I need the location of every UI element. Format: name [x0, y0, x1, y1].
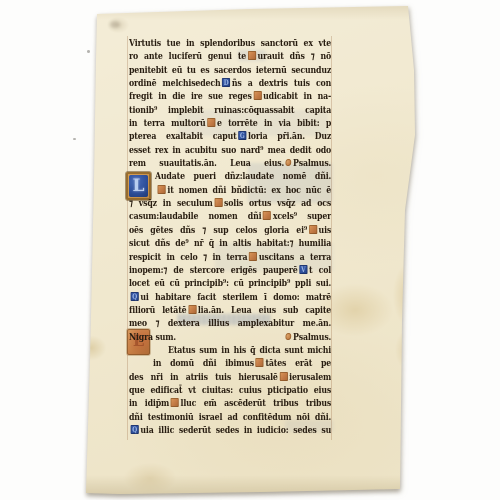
line-text: e torrēte in via bibit: p [217, 118, 331, 129]
line-text: meo ⁊ dextera illius amplexabitur me.ān. [129, 318, 331, 329]
manuscript-line: fregit in die ire sue regesudicabit in n… [129, 90, 331, 103]
versal-initial-blue: Q [131, 292, 139, 301]
corner-smudge [110, 21, 120, 28]
line-text: in terra multorū [129, 118, 206, 129]
line-text: inopem:⁊ de stercore erigēs pauperē [129, 265, 298, 276]
versal-initial-gold [263, 211, 271, 220]
manuscript-line: ⁊ vsq̄z in seculumsolis ortus vsq̄z ad o… [129, 197, 331, 210]
line-text: rem suauitatis.ān. Leua eius. [129, 158, 284, 169]
line-text: penitebit eū tu es sacerdos ieternū secu… [129, 65, 331, 76]
manuscript-text-block: Virtutis tue in splendoribus sanctorū ex… [129, 37, 331, 437]
line-text: t col [309, 265, 331, 276]
versal-initial-gold [249, 252, 257, 261]
line-text: fregit in die ire sue reges [129, 91, 252, 102]
versal-initial-gold [256, 358, 264, 367]
line-text: uscitans a terra [259, 252, 331, 263]
line-text: udicabit in na- [263, 91, 331, 102]
versal-initial-gold [309, 225, 317, 234]
manuscript-line: des nr̄i in atriis tuis hierusalēierusal… [129, 371, 331, 384]
line-text: solis ortus vsq̄z ad ocs [224, 198, 331, 209]
versal-initial-gold [171, 398, 179, 407]
line-text: pterea exaltabit caput [129, 131, 237, 142]
versal-initial-gold [158, 185, 166, 194]
line-text: ui habitare facit sterilem ī domo: matrē [140, 292, 331, 303]
line-text: casum:laudabile nomen dñi [129, 211, 261, 222]
manuscript-line: respicit in celo ⁊ in terrauscitans a te… [129, 251, 331, 264]
manuscript-line: pterea exaltabit caputGloria pr̄i.ān. Du… [129, 130, 331, 143]
line-text: Virtutis tue in splendoribus sanctorū ex… [129, 38, 331, 49]
manuscript-line: dñi testimoniū israel ad confitēdum nōi … [129, 411, 331, 424]
versal-initial-blue: V [299, 265, 307, 274]
line-text: lluc em̄ ascēderūt tribus tribus [181, 398, 332, 409]
line-text: sicut dñs de⁹ nr̄ q̄ in altis habitat:⁊ … [129, 238, 331, 249]
line-text: in domū dñi ibimus [153, 358, 254, 369]
line-text: des nr̄i in atriis tuis hierusalē [129, 372, 278, 383]
versal-initial-blue: G [238, 131, 246, 140]
line-text: uia illic sederūt sedes in iudicio: sede… [140, 425, 331, 436]
versal-initial-gold [253, 91, 261, 100]
manuscript-line: locet eū cū principib⁹: cū principib⁹ pp… [129, 277, 331, 290]
manuscript-line: casum:laudabile nomen dñixcels⁹ super [129, 210, 331, 223]
manuscript-line: meo ⁊ dextera illius amplexabitur me.ān. [129, 317, 331, 330]
manuscript-line: Audate pueri dñz:laudate nomē dñi. [129, 170, 331, 183]
manuscript-line: inopem:⁊ de stercore erigēs pauperēVt co… [129, 264, 331, 277]
line-text: Nigra sum. [129, 332, 176, 343]
line-text: Psalmus. [293, 158, 331, 169]
manuscript-line: tionib⁹ implebit ruinas:cōquassabit capi… [129, 104, 331, 117]
versal-initial-gold [188, 305, 196, 314]
line-text: it nomen dñi bñdictū: ex hoc nūc ē [167, 185, 331, 196]
manuscript-line: esset rex in acubitu suo nard⁹ mea dedit… [129, 144, 331, 157]
line-text: locet eū cū principib⁹: cū principib⁹ pp… [129, 278, 331, 289]
line-text: oēs gētes dñs ⁊ sup celos gloria ei⁹ [129, 225, 307, 236]
line-text: ⁊ vsq̄z in seculum [129, 198, 213, 209]
manuscript-leaf: L L Virtutis tue in splendoribus sanctor… [0, 0, 500, 500]
line-text: tātes erāt pe [265, 358, 331, 369]
ruling-line-right [331, 36, 332, 440]
line-text: ro ante luciferū genui te [129, 51, 246, 62]
manuscript-line: ro ante luciferū genui teurauit dñs ⁊ nō [129, 50, 331, 63]
manuscript-line: penitebit eū tu es sacerdos ieternū secu… [129, 64, 331, 77]
line-text: Audate pueri dñz:laudate nomē dñi. [155, 171, 331, 182]
line-text: Etatus sum in his q̄ dicta sunt michi [168, 345, 331, 356]
line-text: in idip̄m [129, 398, 169, 409]
manuscript-line: in domū dñi ibimustātes erāt pe [129, 357, 331, 370]
line-text: lia.ān. Leua eius sub capite [198, 305, 331, 316]
paraph-mark [286, 333, 292, 340]
line-text: ordinē melchisedech [129, 78, 220, 89]
line-text: xcels⁹ super [273, 211, 331, 222]
versal-initial-gold [279, 372, 287, 381]
manuscript-line: sicut dñs de⁹ nr̄ q̄ in altis habitat:⁊ … [129, 237, 331, 250]
line-text: ierusalem [289, 372, 331, 383]
line-text: ñs a dextris tuis con [232, 78, 331, 89]
line-text: que edificat̄ vt ciuitas: cuius pticipat… [129, 385, 331, 396]
leaf-shadow: L L Virtutis tue in splendoribus sanctor… [0, 0, 500, 500]
photo-background: L L Virtutis tue in splendoribus sanctor… [0, 0, 500, 500]
line-text: tionib⁹ implebit ruinas:cōquassabit capi… [129, 105, 331, 116]
ruling-line-left [127, 36, 128, 440]
line-text: loria pr̄i.ān. Duz [248, 131, 331, 142]
manuscript-line: Quia illic sederūt sedes in iudicio: sed… [129, 424, 331, 437]
versal-initial-gold [214, 198, 222, 207]
manuscript-line: oēs gētes dñs ⁊ sup celos gloria ei⁹uis [129, 224, 331, 237]
manuscript-line: Qui habitare facit sterilem ī domo: matr… [129, 291, 331, 304]
line-text: uis [319, 225, 332, 236]
manuscript-line: filiorū letātēlia.ān. Leua eius sub capi… [129, 304, 331, 317]
versal-initial-gold [207, 118, 215, 127]
manuscript-line: que edificat̄ vt ciuitas: cuius pticipat… [129, 384, 331, 397]
manuscript-line: Virtutis tue in splendoribus sanctorū ex… [129, 37, 331, 50]
manuscript-line: it nomen dñi bñdictū: ex hoc nūc ē [129, 184, 331, 197]
line-text: urauit dñs ⁊ nō [258, 51, 332, 62]
manuscript-line: in terra multorūe torrēte in via bibit: … [129, 117, 331, 130]
manuscript-line: in idip̄mlluc em̄ ascēderūt tribus tribu… [129, 397, 331, 410]
manuscript-line: Nigra sum.Psalmus. [129, 331, 331, 344]
line-text: respicit in celo ⁊ in terra [129, 252, 247, 263]
line-text: esset rex in acubitu suo nard⁹ mea dedit… [129, 145, 331, 156]
manuscript-line: ordinē melchisedechDñs a dextris tuis co… [129, 77, 331, 90]
line-text: Psalmus. [293, 332, 331, 343]
versal-initial-blue: D [222, 78, 230, 87]
line-text: dñi testimoniū israel ad confitēdum nōi … [129, 412, 331, 423]
versal-initial-blue: Q [131, 425, 139, 434]
manuscript-line: Etatus sum in his q̄ dicta sunt michi [129, 344, 331, 357]
versal-initial-gold [248, 51, 256, 60]
line-text: filiorū letātē [129, 305, 186, 316]
paraph-mark [286, 159, 292, 166]
manuscript-line: rem suauitatis.ān. Leua eius.Psalmus. [129, 157, 331, 170]
